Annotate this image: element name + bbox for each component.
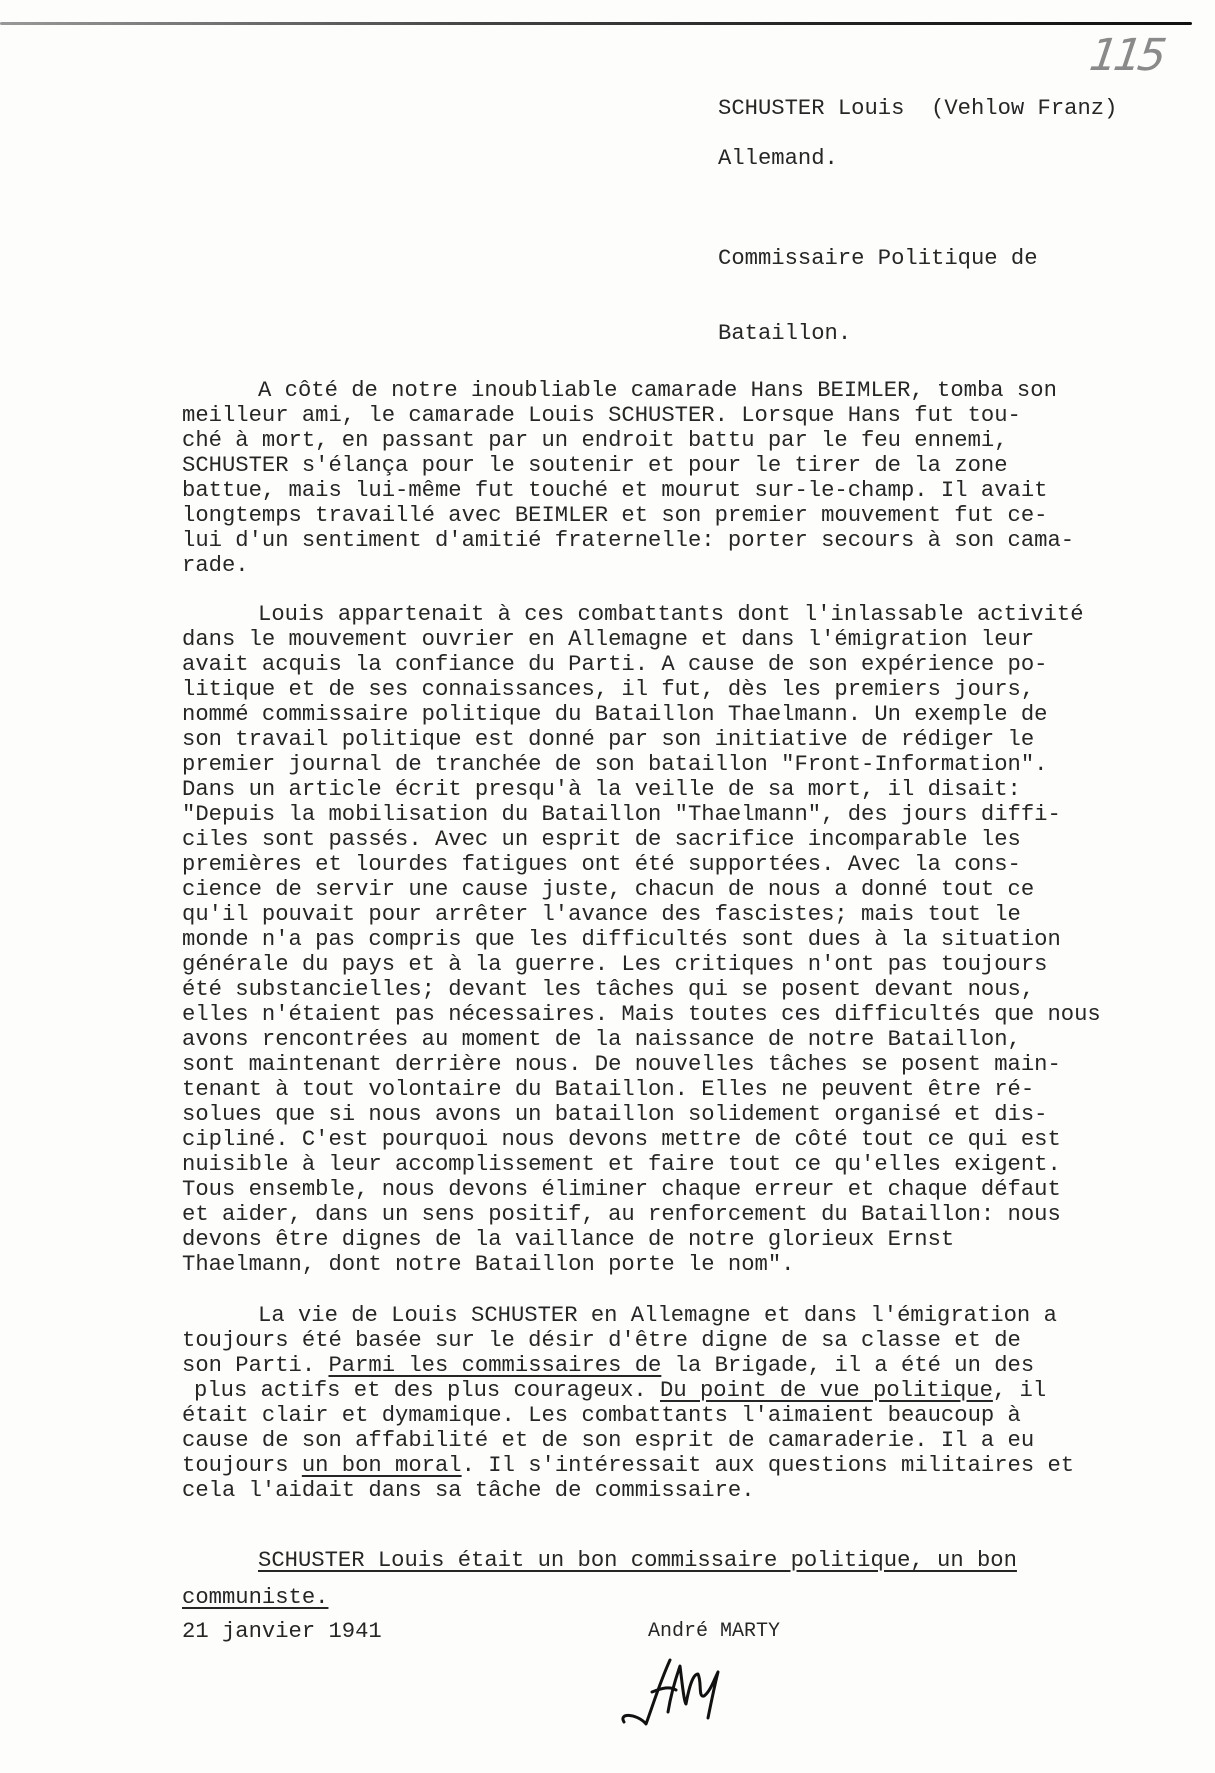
paragraph-2: Louis appartenait à ces combattants dont…: [182, 602, 1182, 1277]
signatory-name: André MARTY: [648, 1619, 780, 1644]
p2-line: devons être dignes de la vaillance de no…: [182, 1227, 1182, 1252]
p2-line: cience de servir une cause juste, chacun…: [182, 877, 1182, 902]
paragraph-3: La vie de Louis SCHUSTER en Allemagne et…: [182, 1303, 1182, 1503]
p1-line: A côté de notre inoubliable camarade Han…: [182, 378, 1182, 403]
p4-line: SCHUSTER Louis était un bon commissaire …: [182, 1548, 1182, 1573]
p2-line: elles n'étaient pas nécessaires. Mais to…: [182, 1002, 1182, 1027]
underlined-conclusion: communiste.: [182, 1585, 328, 1610]
p4-line: communiste.: [182, 1585, 1182, 1610]
p2-line: tenant à tout volontaire du Bataillon. E…: [182, 1077, 1182, 1102]
p3-line: toujours un bon moral. Il s'intéressait …: [182, 1453, 1182, 1478]
p3-text: . Il s'intéressait aux questions militai…: [462, 1453, 1074, 1478]
underlined-phrase: Du point de vue politique: [660, 1378, 993, 1403]
p3-line: cela l'aidait dans sa tâche de commissai…: [182, 1478, 1182, 1503]
p3-line: plus actifs et des plus courageux. Du po…: [182, 1378, 1182, 1403]
p2-line: avons rencontrées au moment de la naissa…: [182, 1027, 1182, 1052]
p2-line: Louis appartenait à ces combattants dont…: [182, 602, 1182, 627]
p3-line: était clair et dymamique. Les combattant…: [182, 1403, 1182, 1428]
p2-line: et aider, dans un sens positif, au renfo…: [182, 1202, 1182, 1227]
p1-line: rade.: [182, 553, 1182, 578]
p2-line: monde n'a pas compris que les difficulté…: [182, 927, 1182, 952]
underlined-phrase: Parmi les commissaires de: [328, 1353, 661, 1378]
p2-line: premier journal de tranchée de son batai…: [182, 752, 1182, 777]
p2-line: ciles sont passés. Avec un esprit de sac…: [182, 827, 1182, 852]
p3-line: toujours été basée sur le désir d'être d…: [182, 1328, 1182, 1353]
p2-line: qu'il pouvait pour arrêter l'avance des …: [182, 902, 1182, 927]
p1-line: meilleur ami, le camarade Louis SCHUSTER…: [182, 403, 1182, 428]
p3-text: plus actifs et des plus courageux.: [194, 1378, 660, 1403]
p2-line: nommé commissaire politique du Bataillon…: [182, 702, 1182, 727]
p2-line: générale du pays et à la guerre. Les cri…: [182, 952, 1182, 977]
signature-icon: [618, 1652, 738, 1732]
document-date: 21 janvier 1941: [182, 1619, 382, 1644]
p3-text: son Parti.: [182, 1353, 328, 1378]
header-role: Commissaire Politique de Bataillon.: [718, 196, 1038, 371]
p2-line: "Depuis la mobilisation du Bataillon "Th…: [182, 802, 1182, 827]
p2-line: Tous ensemble, nous devons éliminer chaq…: [182, 1177, 1182, 1202]
p2-line: son travail politique est donné par son …: [182, 727, 1182, 752]
paragraph-1: A côté de notre inoubliable camarade Han…: [182, 378, 1182, 578]
p2-line: sont maintenant derrière nous. De nouvel…: [182, 1052, 1182, 1077]
p2-line: litique et de ses connaissances, il fut,…: [182, 677, 1182, 702]
p1-line: SCHUSTER s'élança pour le soutenir et po…: [182, 453, 1182, 478]
p2-line: cipliné. C'est pourquoi nous devons mett…: [182, 1127, 1182, 1152]
p1-line: battue, mais lui-même fut touché et mour…: [182, 478, 1182, 503]
underlined-conclusion: SCHUSTER Louis était un bon commissaire …: [258, 1548, 1017, 1573]
paragraph-4-conclusion: SCHUSTER Louis était un bon commissaire …: [182, 1548, 1182, 1610]
p1-line: ché à mort, en passant par un endroit ba…: [182, 428, 1182, 453]
p1-line: longtemps travaillé avec BEIMLER et son …: [182, 503, 1182, 528]
p2-line: nuisible à leur accomplissement et faire…: [182, 1152, 1182, 1177]
p2-line: solues que si nous avons un bataillon so…: [182, 1102, 1182, 1127]
p3-line: son Parti. Parmi les commissaires de la …: [182, 1353, 1182, 1378]
p2-line: Thaelmann, dont notre Bataillon porte le…: [182, 1252, 1182, 1277]
p3-text: , il: [993, 1378, 1046, 1403]
p1-line: lui d'un sentiment d'amitié fraternelle:…: [182, 528, 1182, 553]
p2-line: Dans un article écrit presqu'à la veille…: [182, 777, 1182, 802]
p3-text: toujours: [182, 1453, 302, 1478]
scan-top-edge: [0, 22, 1192, 25]
underlined-phrase: un bon moral: [302, 1453, 462, 1478]
p2-line: été substancielles; devant les tâches qu…: [182, 977, 1182, 1002]
header-name: SCHUSTER Louis (Vehlow Franz): [718, 96, 1117, 121]
p2-line: premières et lourdes fatigues ont été su…: [182, 852, 1182, 877]
header-role-line-2: Bataillon.: [718, 321, 1038, 346]
p2-line: avait acquis la confiance du Parti. A ca…: [182, 652, 1182, 677]
p3-line: La vie de Louis SCHUSTER en Allemagne et…: [182, 1303, 1182, 1328]
header-nationality: Allemand.: [718, 146, 838, 171]
p3-text: la Brigade, il a été un des: [661, 1353, 1034, 1378]
p3-line: cause de son affabilité et de son esprit…: [182, 1428, 1182, 1453]
p2-line: dans le mouvement ouvrier en Allemagne e…: [182, 627, 1182, 652]
header-role-line-1: Commissaire Politique de: [718, 246, 1038, 271]
folio-number: 115: [1086, 30, 1165, 81]
